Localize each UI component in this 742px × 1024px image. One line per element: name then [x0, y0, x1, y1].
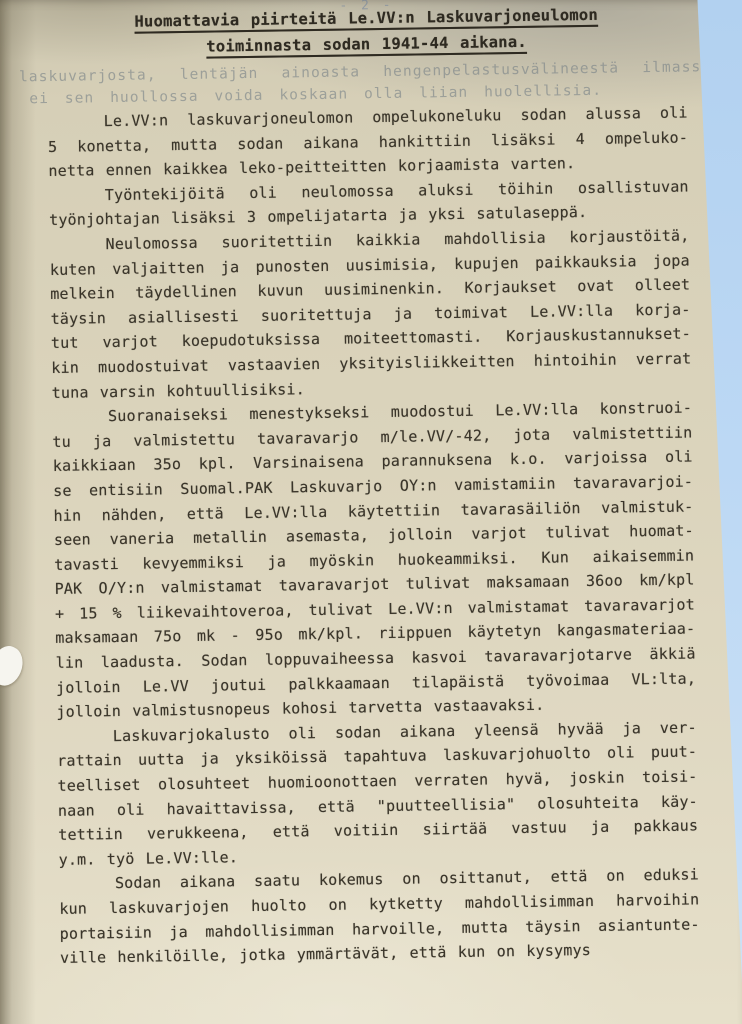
document-content: - 2 - Huomattavia piirteitä Le.VV:n Lask…	[46, 0, 700, 971]
photo-scene: - 2 - Huomattavia piirteitä Le.VV:n Lask…	[0, 0, 742, 1024]
paragraph: Le.VV:n laskuvarjoneulomon ompelukoneluk…	[48, 100, 689, 183]
paragraph: Neulomossa suoritettiin kaikkia mahdolli…	[49, 223, 691, 405]
document-page: - 2 - Huomattavia piirteitä Le.VV:n Lask…	[0, 0, 742, 1024]
paper-notch	[0, 642, 28, 690]
paragraph: Laskuvarjokalusto oli sodan aikana yleen…	[57, 715, 699, 872]
document-body: Le.VV:n laskuvarjoneulomon ompelukoneluk…	[48, 100, 701, 970]
paragraph: Sodan aikana saatu kokemus on osittanut,…	[59, 863, 700, 971]
paragraph: Suoranaiseksi menestykseksi muodostui Le…	[52, 396, 697, 725]
